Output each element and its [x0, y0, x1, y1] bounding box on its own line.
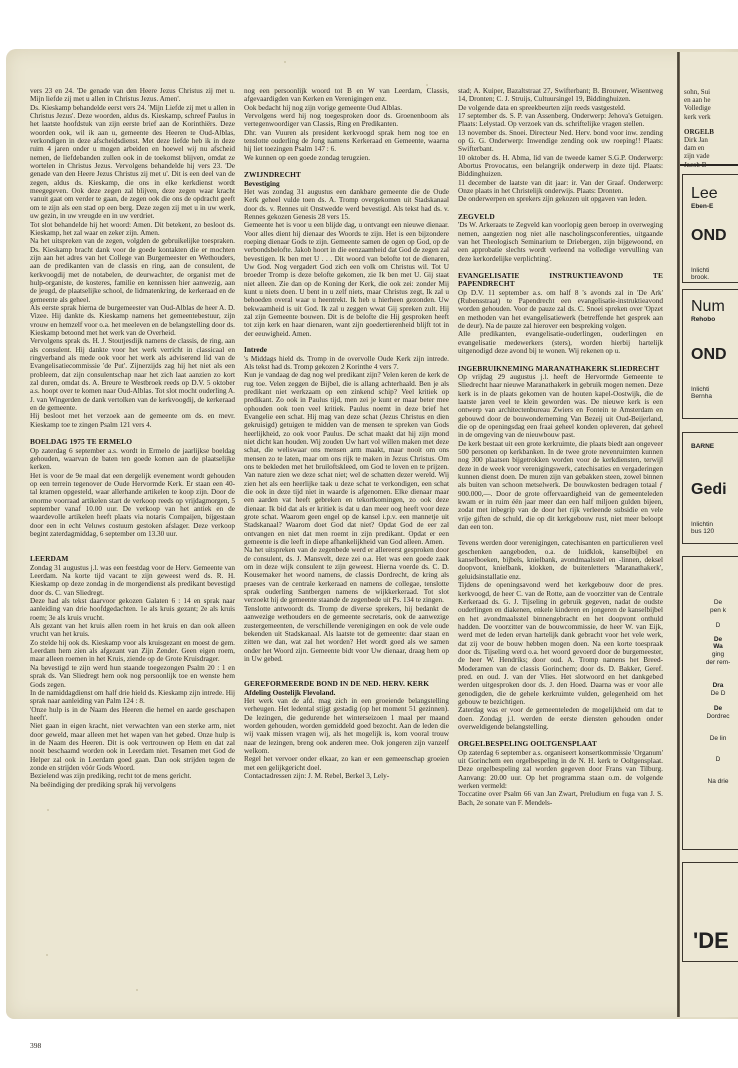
ad-subtitle: Eben-E	[691, 203, 738, 211]
ad-info: bus 120	[691, 528, 738, 536]
adjacent-page: sohn, Sui en aan he Volledige kerk verk …	[680, 52, 738, 1017]
spacer	[458, 531, 663, 539]
sub-heading: Afdeling Oostelijk Flevoland.	[244, 689, 449, 697]
advertisement-4: Depen kDDeWagingder rem-DraDe DDeDordrec…	[682, 556, 738, 850]
paragraph: Kun je vandaag de dag nog wel predikant …	[244, 371, 449, 546]
adjacent-line: dam en	[684, 144, 738, 152]
advertisement-2: Num Rehobo OND Inlichti Bernha	[682, 289, 738, 419]
ad-subtitle: Rehobo	[691, 316, 738, 324]
paragraph: Gemeente het is voor u een blijde dag, u…	[244, 221, 449, 338]
paragraph: Het was zondag 31 augustus een dankbare …	[244, 188, 449, 221]
paragraph: Op vrijdag 29 augustus j.l. heeft de Her…	[458, 373, 663, 440]
ad-line: De	[680, 636, 738, 644]
ad-info: Inlichtin	[691, 521, 738, 529]
paragraph: Tevens werden door verenigingen, catechi…	[458, 539, 663, 581]
ad-headline: Gedi	[691, 481, 738, 499]
column-3: stad; A. Kuiper, Bazaltstraat 27, Swifte…	[458, 87, 663, 807]
paragraph: Alle predikanten, evangelisatie-ouderlin…	[458, 330, 663, 355]
ad-title: Num	[691, 298, 738, 316]
paragraph: De volgende data en spreekbeurten zijn r…	[458, 104, 663, 112]
sub-heading: Bevestiging	[244, 180, 449, 188]
paragraph: De kerk bestaat uit een grote kerkruimte…	[458, 440, 663, 532]
paragraph: Bezielend was zijn prediking, recht tot …	[30, 772, 235, 780]
spacer	[30, 538, 235, 546]
ad-info: Inlichti	[691, 267, 738, 275]
ad-line: der rem-	[680, 659, 738, 667]
paragraph: Dhr. van Vuuren als president kerkvoogd …	[244, 129, 449, 154]
paragraph: Regel het vervoer onder elkaar, zo kan e…	[244, 755, 449, 772]
divider	[680, 164, 738, 166]
paragraph: Vervolgens sprak ds. H. J. Stoutjesdijk …	[30, 337, 235, 412]
paragraph: Zo stelde hij ook ds. Kieskamp voor als …	[30, 639, 235, 664]
spacer	[244, 663, 449, 671]
paragraph: Niet gaan in eigen kracht, niet verwacht…	[30, 722, 235, 772]
ad-line: Na drie	[680, 778, 738, 786]
paragraph: Contactadressen zijn: J. M. Rebel, Berke…	[244, 772, 449, 780]
adjacent-text: sohn, Sui en aan he Volledige kerk verk …	[684, 88, 738, 169]
paragraph: stad; A. Kuiper, Bazaltstraat 27, Swifte…	[458, 87, 663, 104]
paragraph: Toccatine over Psalm 66 van Jan Zwart, P…	[458, 790, 663, 807]
paragraph: Op zaterdag 6 september a.s. organiseert…	[458, 749, 663, 791]
paragraph: Ook bedacht hij nog zijn vorige gemeente…	[244, 104, 449, 112]
section-heading: EVANGELISATIE INSTRUKTIEAVOND TE PAPENDR…	[458, 272, 663, 289]
adjacent-line: en aan he	[684, 96, 738, 104]
advertisement-1: Lee Eben-E OND Inlichti brook.	[682, 174, 738, 283]
section-heading: BOELDAG 1975 TE ERMELO	[30, 438, 235, 446]
paragraph: 's Middags hield ds. Tromp in de overvol…	[244, 355, 449, 372]
page-number: 398	[30, 1041, 41, 1050]
paragraph: Het werk van de afd. mag zich in een gro…	[244, 697, 449, 755]
paragraph: Na het uitspreken van de zegen, volgden …	[30, 237, 235, 304]
spacer	[244, 338, 449, 346]
adjacent-line: zijn vade	[684, 152, 738, 160]
paragraph: vers 23 en 24. 'De genade van den Heere …	[30, 87, 235, 104]
section-heading: INGEBRUIKNEMING MARANATHAKERK SLIEDRECHT	[458, 365, 663, 373]
ad-headline: OND	[691, 227, 738, 245]
paragraph: Deze had als tekst daarvoor gekozen Gala…	[30, 597, 235, 622]
paragraph: Tot slot behandelde hij het woord: Amen.…	[30, 221, 235, 238]
paragraph: Vervolgens werd hij nog toegesproken doo…	[244, 112, 449, 129]
ad-text-block: Depen kDDeWagingder rem-DraDe DDeDordrec…	[680, 557, 738, 785]
paragraph: Op D.V. 11 september a.s. om half 8 's a…	[458, 289, 663, 331]
paragraph: Als gezant van het kruis allen roem in h…	[30, 622, 235, 639]
adjacent-line: sohn, Sui	[684, 88, 738, 96]
ad-line: Dra	[680, 682, 738, 690]
paragraph: 11 december de laatste van dit jaar: ir.…	[458, 179, 663, 196]
ad-line: De	[680, 599, 738, 607]
column-2: nog een persoonlijk woord tot B en W van…	[244, 87, 449, 780]
ad-info: brook.	[691, 274, 738, 282]
paragraph: Het is voor de 9e maal dat een dergelijk…	[30, 472, 235, 539]
ad-line: De D	[680, 690, 738, 698]
adjacent-heading: ORGELB	[684, 128, 738, 136]
paragraph: Zondag 31 augustus j.l. was een feestdag…	[30, 564, 235, 597]
paragraph: Als eerste sprak hierna de burgemeester …	[30, 304, 235, 337]
ad-line: D	[680, 622, 738, 630]
paragraph: Tenslotte antwoordt ds. Tromp de diverse…	[244, 605, 449, 663]
ad-info: Bernha	[691, 393, 738, 401]
paragraph: Op zaterdag 6 september a.s. wordt in Er…	[30, 447, 235, 472]
paragraph: De onderwerpen en sprekers zijn gekozen …	[458, 195, 663, 203]
paragraph: 'Onze hulp is in de Naam des Heeren die …	[30, 706, 235, 723]
ad-line: Wa	[680, 643, 738, 651]
advertisement-5: 'DE	[682, 862, 738, 962]
paragraph: 'Ds W. Arkeraats te Zegveld kan voorlopi…	[458, 221, 663, 263]
adjacent-line: Dirk Jan	[684, 136, 738, 144]
sub-heading: Intrede	[244, 346, 449, 354]
ad-headline: 'DE	[693, 929, 738, 953]
paragraph: In de namiddagdienst om half drie hield …	[30, 689, 235, 706]
ad-line: Dordrec	[680, 713, 738, 721]
paragraph: nog een persoonlijk woord tot B en W van…	[244, 87, 449, 104]
paragraph: Ds. Kieskamp behandelde eerst vers 24. '…	[30, 104, 235, 221]
paragraph: Na het uitspreken van de zegenbede werd …	[244, 546, 449, 604]
ad-line: De lin	[680, 735, 738, 743]
paragraph: 10 oktober ds. H. Abma, lid van de tweed…	[458, 154, 663, 179]
ad-label: BARNE	[691, 443, 738, 451]
paragraph: Hij besloot met het verzoek aan de gemee…	[30, 412, 235, 429]
ad-line: ging	[680, 651, 738, 659]
adjacent-line: Volledige	[684, 104, 738, 112]
ad-title: Lee	[691, 185, 738, 203]
ad-line: pen k	[680, 607, 738, 615]
advertisement-3: BARNE Gedi Inlichtin bus 120	[682, 432, 738, 544]
paragraph: Tijdens de openingsavond werd het kerkge…	[458, 581, 663, 706]
paragraph: 13 november ds. Snoei. Directeur Ned. He…	[458, 129, 663, 154]
adjacent-line: kerk verk	[684, 113, 738, 121]
column-1: vers 23 en 24. 'De genade van den Heere …	[30, 87, 235, 789]
ad-headline: OND	[691, 346, 738, 364]
section-heading: LEERDAM	[30, 555, 235, 563]
newspaper-page: vers 23 en 24. 'De genade van den Heere …	[6, 49, 671, 1019]
ad-info: Inlichti	[691, 386, 738, 394]
ad-line: D	[680, 756, 738, 764]
ad-line: De	[680, 705, 738, 713]
paragraph: 17 september ds. S. P. van Assenberg. On…	[458, 112, 663, 129]
paragraph: Na beëindiging der prediking sprak hij v…	[30, 781, 235, 789]
paragraph: Zaterdag was er voor de gemeenteleden de…	[458, 706, 663, 731]
paragraph: We kunnen op een goede zondag terugzien.	[244, 154, 449, 162]
paragraph: Na bevestigd te zijn werd hun staande to…	[30, 664, 235, 689]
section-heading: ORGELBESPELING OOLTGENSPLAAT	[458, 740, 663, 748]
section-heading: ZEGVELD	[458, 213, 663, 221]
